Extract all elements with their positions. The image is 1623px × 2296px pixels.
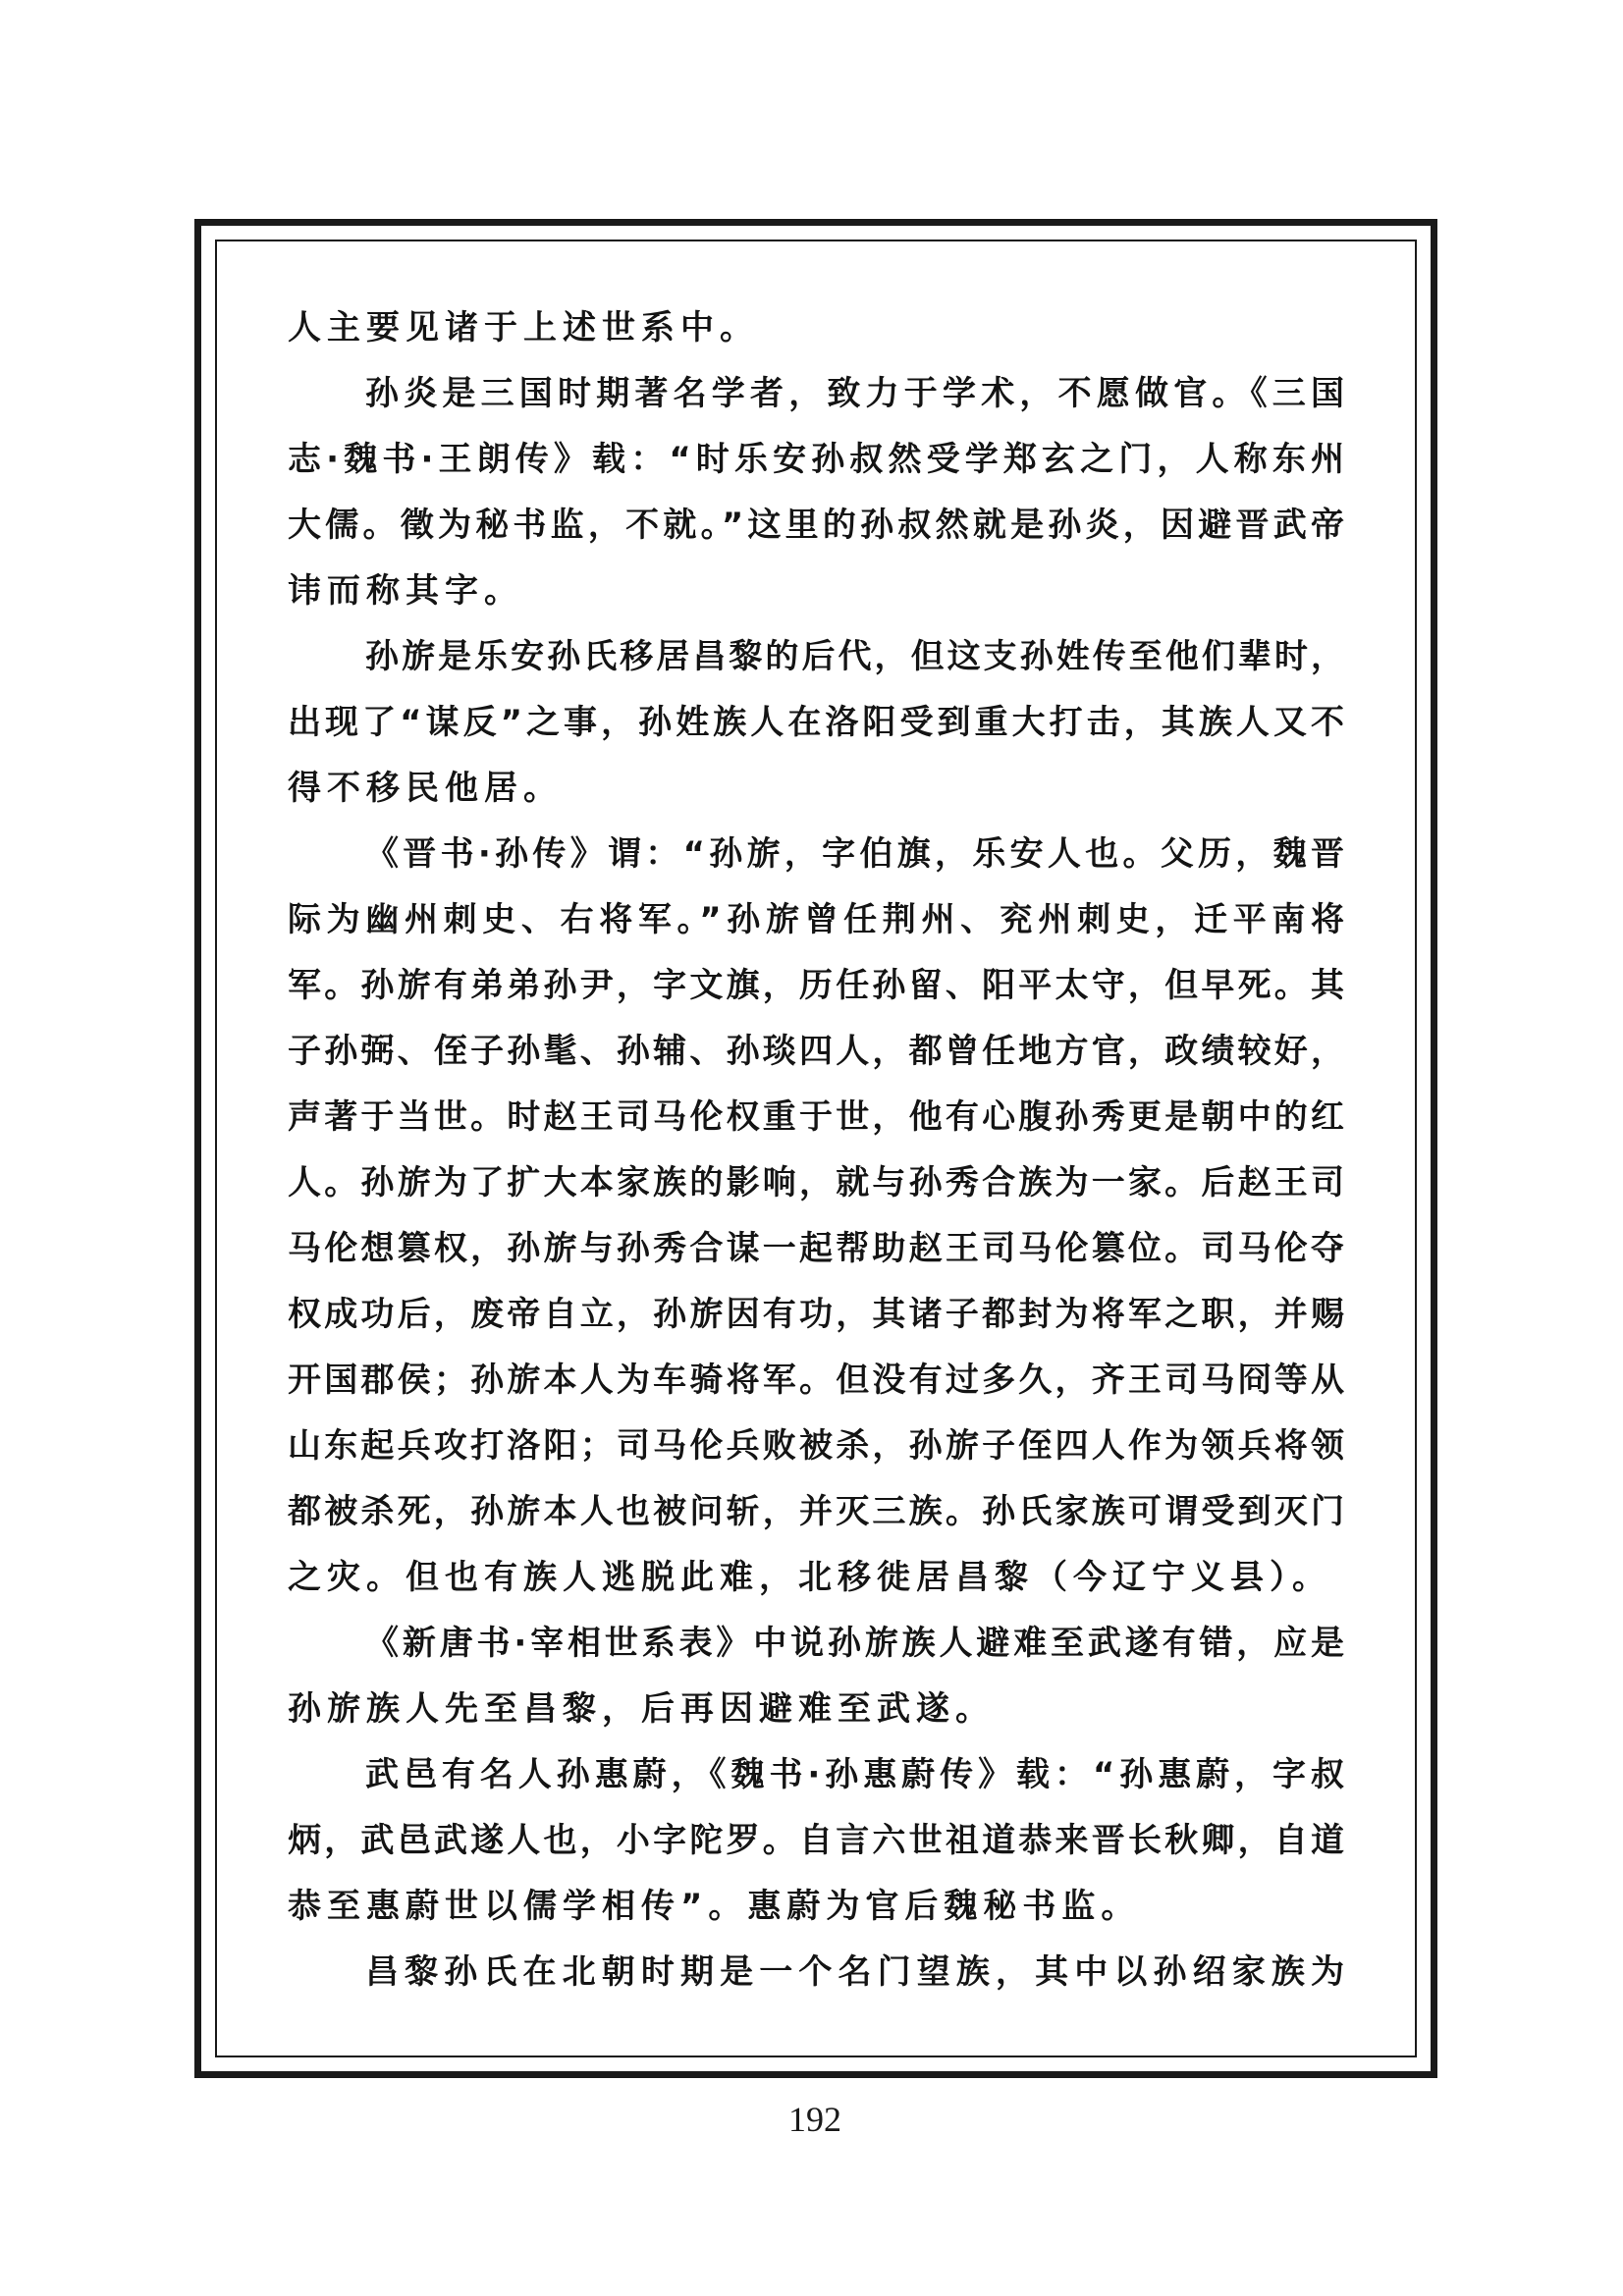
text-line: 恭至惠蔚世以儒学相传”。惠蔚为官后魏秘书监。 <box>288 1885 1344 1928</box>
text-line: 军。孙旂有弟弟孙尹，字文旗，历任孙留、阳平太守，但早死。其 <box>288 964 1344 1007</box>
text-line: 《晋书·孙传》谓：“孙旂，字伯旗，乐安人也。父历，魏晋 <box>365 832 1344 876</box>
page-number: 192 <box>766 2099 864 2140</box>
text-line: 人。孙旂为了扩大本家族的影响，就与孙秀合族为一家。后赵王司 <box>288 1161 1344 1204</box>
text-line: 孙旂族人先至昌黎，后再因避难至武遂。 <box>288 1687 1344 1731</box>
text-line: 孙旂是乐安孙氏移居昌黎的后代，但这支孙姓传至他们辈时， <box>365 635 1344 678</box>
text-line: 都被杀死，孙旂本人也被问斩，并灭三族。孙氏家族可谓受到灭门 <box>288 1490 1344 1533</box>
text-line: 际为幽州刺史、右将军。”孙旂曾任荆州、兖州刺史，迁平南将 <box>288 898 1344 941</box>
text-line: 昌黎孙氏在北朝时期是一个名门望族，其中以孙绍家族为 <box>365 1950 1344 1994</box>
text-line: 孙炎是三国时期著名学者，致力于学术，不愿做官。《三国 <box>365 372 1344 415</box>
text-line: 声著于当世。时赵王司马伦权重于世，他有心腹孙秀更是朝中的红 <box>288 1095 1344 1139</box>
text-line: 马伦想篡权，孙旂与孙秀合谋一起帮助赵王司马伦篡位。司马伦夺 <box>288 1227 1344 1270</box>
text-line: 子孙弼、侄子孙髦、孙辅、孙琰四人，都曾任地方官，政绩较好， <box>288 1030 1344 1073</box>
text-line: 炳，武邑武遂人也，小字陀罗。自言六世祖道恭来晋长秋卿，自道 <box>288 1819 1344 1862</box>
text-line: 之灾。但也有族人逃脱此难，北移徙居昌黎（今辽宁义县）。 <box>288 1556 1344 1599</box>
text-line: 志·魏书·王朗传》载：“时乐安孙叔然受学郑玄之门，人称东州 <box>288 438 1344 481</box>
text-line: 山东起兵攻打洛阳；司马伦兵败被杀，孙旂子侄四人作为领兵将领 <box>288 1424 1344 1468</box>
text-line: 得不移民他居。 <box>288 767 1344 810</box>
text-line: 武邑有名人孙惠蔚，《魏书·孙惠蔚传》载：“孙惠蔚，字叔 <box>365 1753 1344 1796</box>
text-line: 开国郡侯；孙旂本人为车骑将军。但没有过多久，齐王司马冏等从 <box>288 1359 1344 1402</box>
text-line: 大儒。徵为秘书监，不就。”这里的孙叔然就是孙炎，因避晋武帝 <box>288 504 1344 547</box>
text-line: 人主要见诸于上述世系中。 <box>288 306 1344 349</box>
text-line: 讳而称其字。 <box>288 569 1344 613</box>
text-line: 出现了“谋反”之事，孙姓族人在洛阳受到重大打击，其族人又不 <box>288 701 1344 744</box>
text-line: 《新唐书·宰相世系表》中说孙旂族人避难至武遂有错，应是 <box>365 1622 1344 1665</box>
text-line: 权成功后，废帝自立，孙旂因有功，其诸子都封为将军之职，并赐 <box>288 1293 1344 1336</box>
